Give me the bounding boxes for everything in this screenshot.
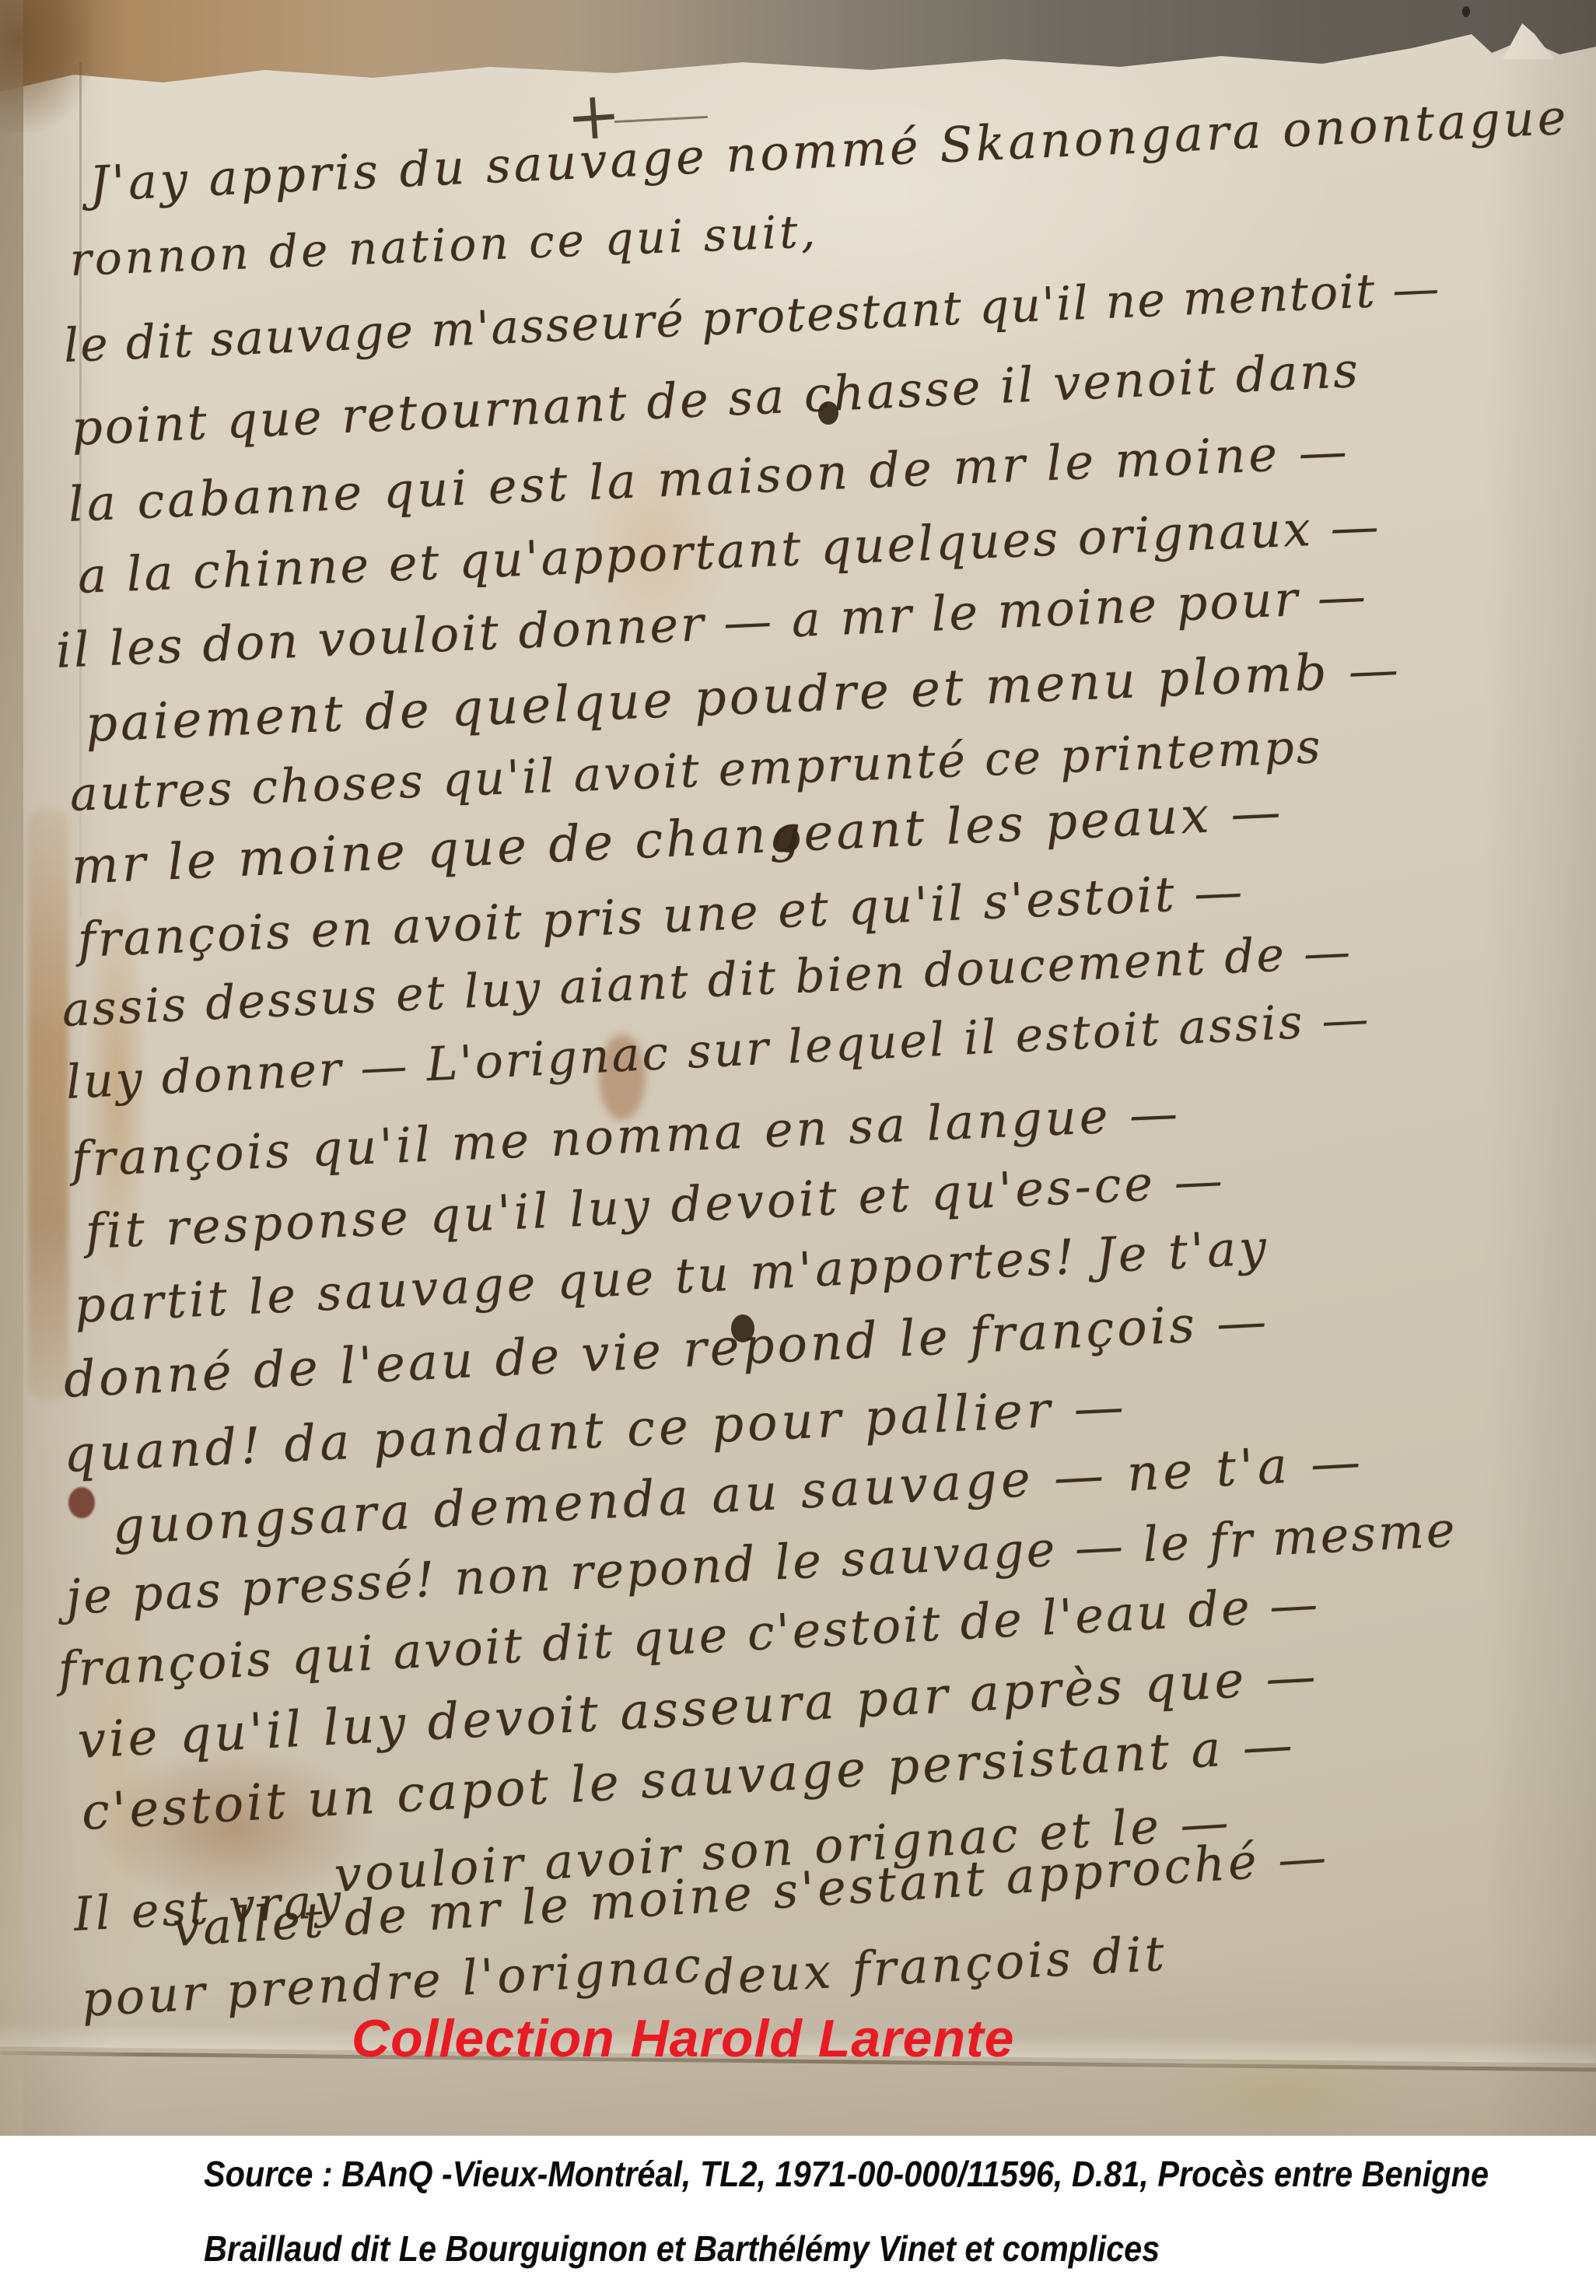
corner-stain: [0, 0, 93, 132]
page-left-edge: [0, 0, 23, 2136]
source-caption-line1: Source : BAnQ -Vieux-Montréal, TL2, 1971…: [204, 2153, 1489, 2195]
water-stain-left: [28, 809, 68, 1400]
source-caption-band: Source : BAnQ -Vieux-Montréal, TL2, 1971…: [0, 2136, 1596, 2296]
screenshot-root: + J'ay appris du sauvage nommé Skanongar…: [0, 0, 1596, 2296]
collection-watermark: Collection Harold Larente: [352, 2008, 1014, 2069]
source-caption-line2: Braillaud dit Le Bourguignon et Barthélé…: [204, 2228, 1160, 2270]
manuscript-photo: + J'ay appris du sauvage nommé Skanongar…: [0, 0, 1596, 2136]
ink-blot: [68, 1487, 95, 1518]
ink-speck: [1462, 6, 1470, 17]
